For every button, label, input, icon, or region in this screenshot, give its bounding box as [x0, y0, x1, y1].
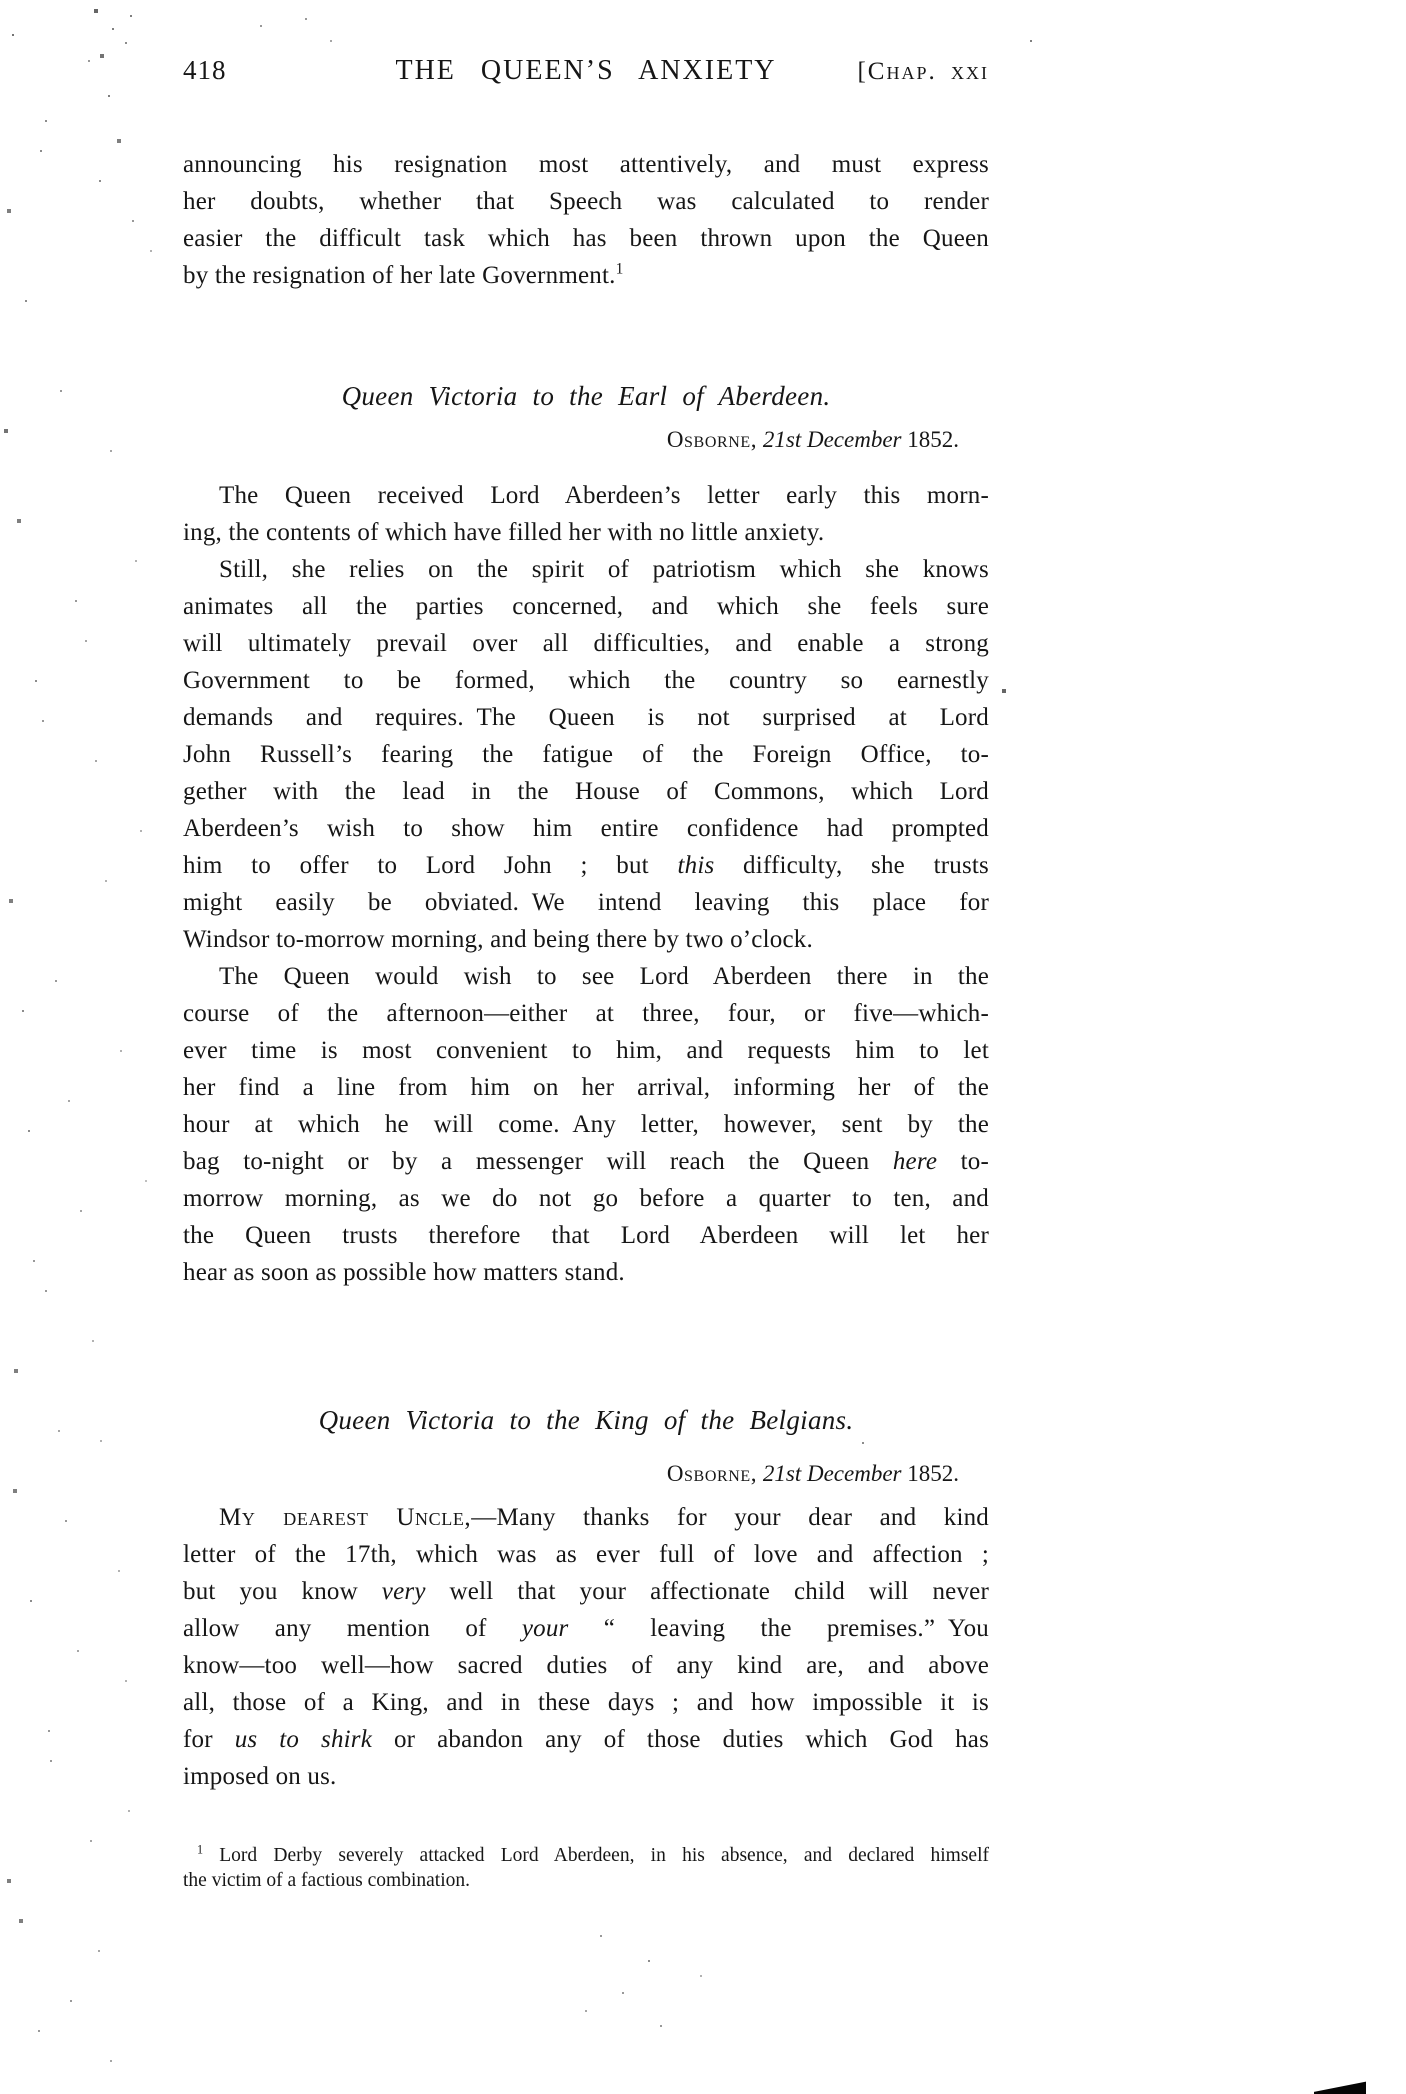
paragraph: My dearest Uncle,—Many thanks for your d…: [183, 1499, 989, 1795]
letter-2-body: My dearest Uncle,—Many thanks for your d…: [183, 1499, 989, 1795]
letter-1-body: The Queen received Lord Aberdeen’s lette…: [183, 477, 989, 1291]
running-title: THE QUEEN’S ANXIETY: [395, 55, 776, 87]
paragraph: Still, she relies on the spirit of patri…: [183, 551, 989, 958]
letter-2-heading: Queen Victoria to the King of the Belgia…: [183, 1405, 989, 1436]
running-header: 418 THE QUEEN’S ANXIETY [Chap. xxi: [183, 55, 989, 87]
paragraph: The Queen received Lord Aberdeen’s lette…: [183, 477, 989, 551]
chapter-label: [Chap. xxi: [857, 58, 989, 86]
intro-paragraph: announcing his resignation most attentiv…: [183, 146, 989, 294]
footnote: 1 Lord Derby severely attacked Lord Aber…: [183, 1843, 989, 1893]
scan-speckle-cluster: [0, 0, 2, 2]
letter-1-dateline: Osborne, 21st December 1852.: [183, 427, 989, 453]
letter-2-dateline: Osborne, 21st December 1852.: [183, 1461, 989, 1487]
scan-corner-artifact: [1314, 2080, 1366, 2094]
letter-1-heading: Queen Victoria to the Earl of Aberdeen.: [183, 381, 989, 412]
paragraph: The Queen would wish to see Lord Aberdee…: [183, 958, 989, 1291]
scan-speckle-noise: [0, 0, 2, 2]
book-page-scan: 418 THE QUEEN’S ANXIETY [Chap. xxi annou…: [0, 0, 1406, 2094]
page-number: 418: [183, 55, 227, 86]
